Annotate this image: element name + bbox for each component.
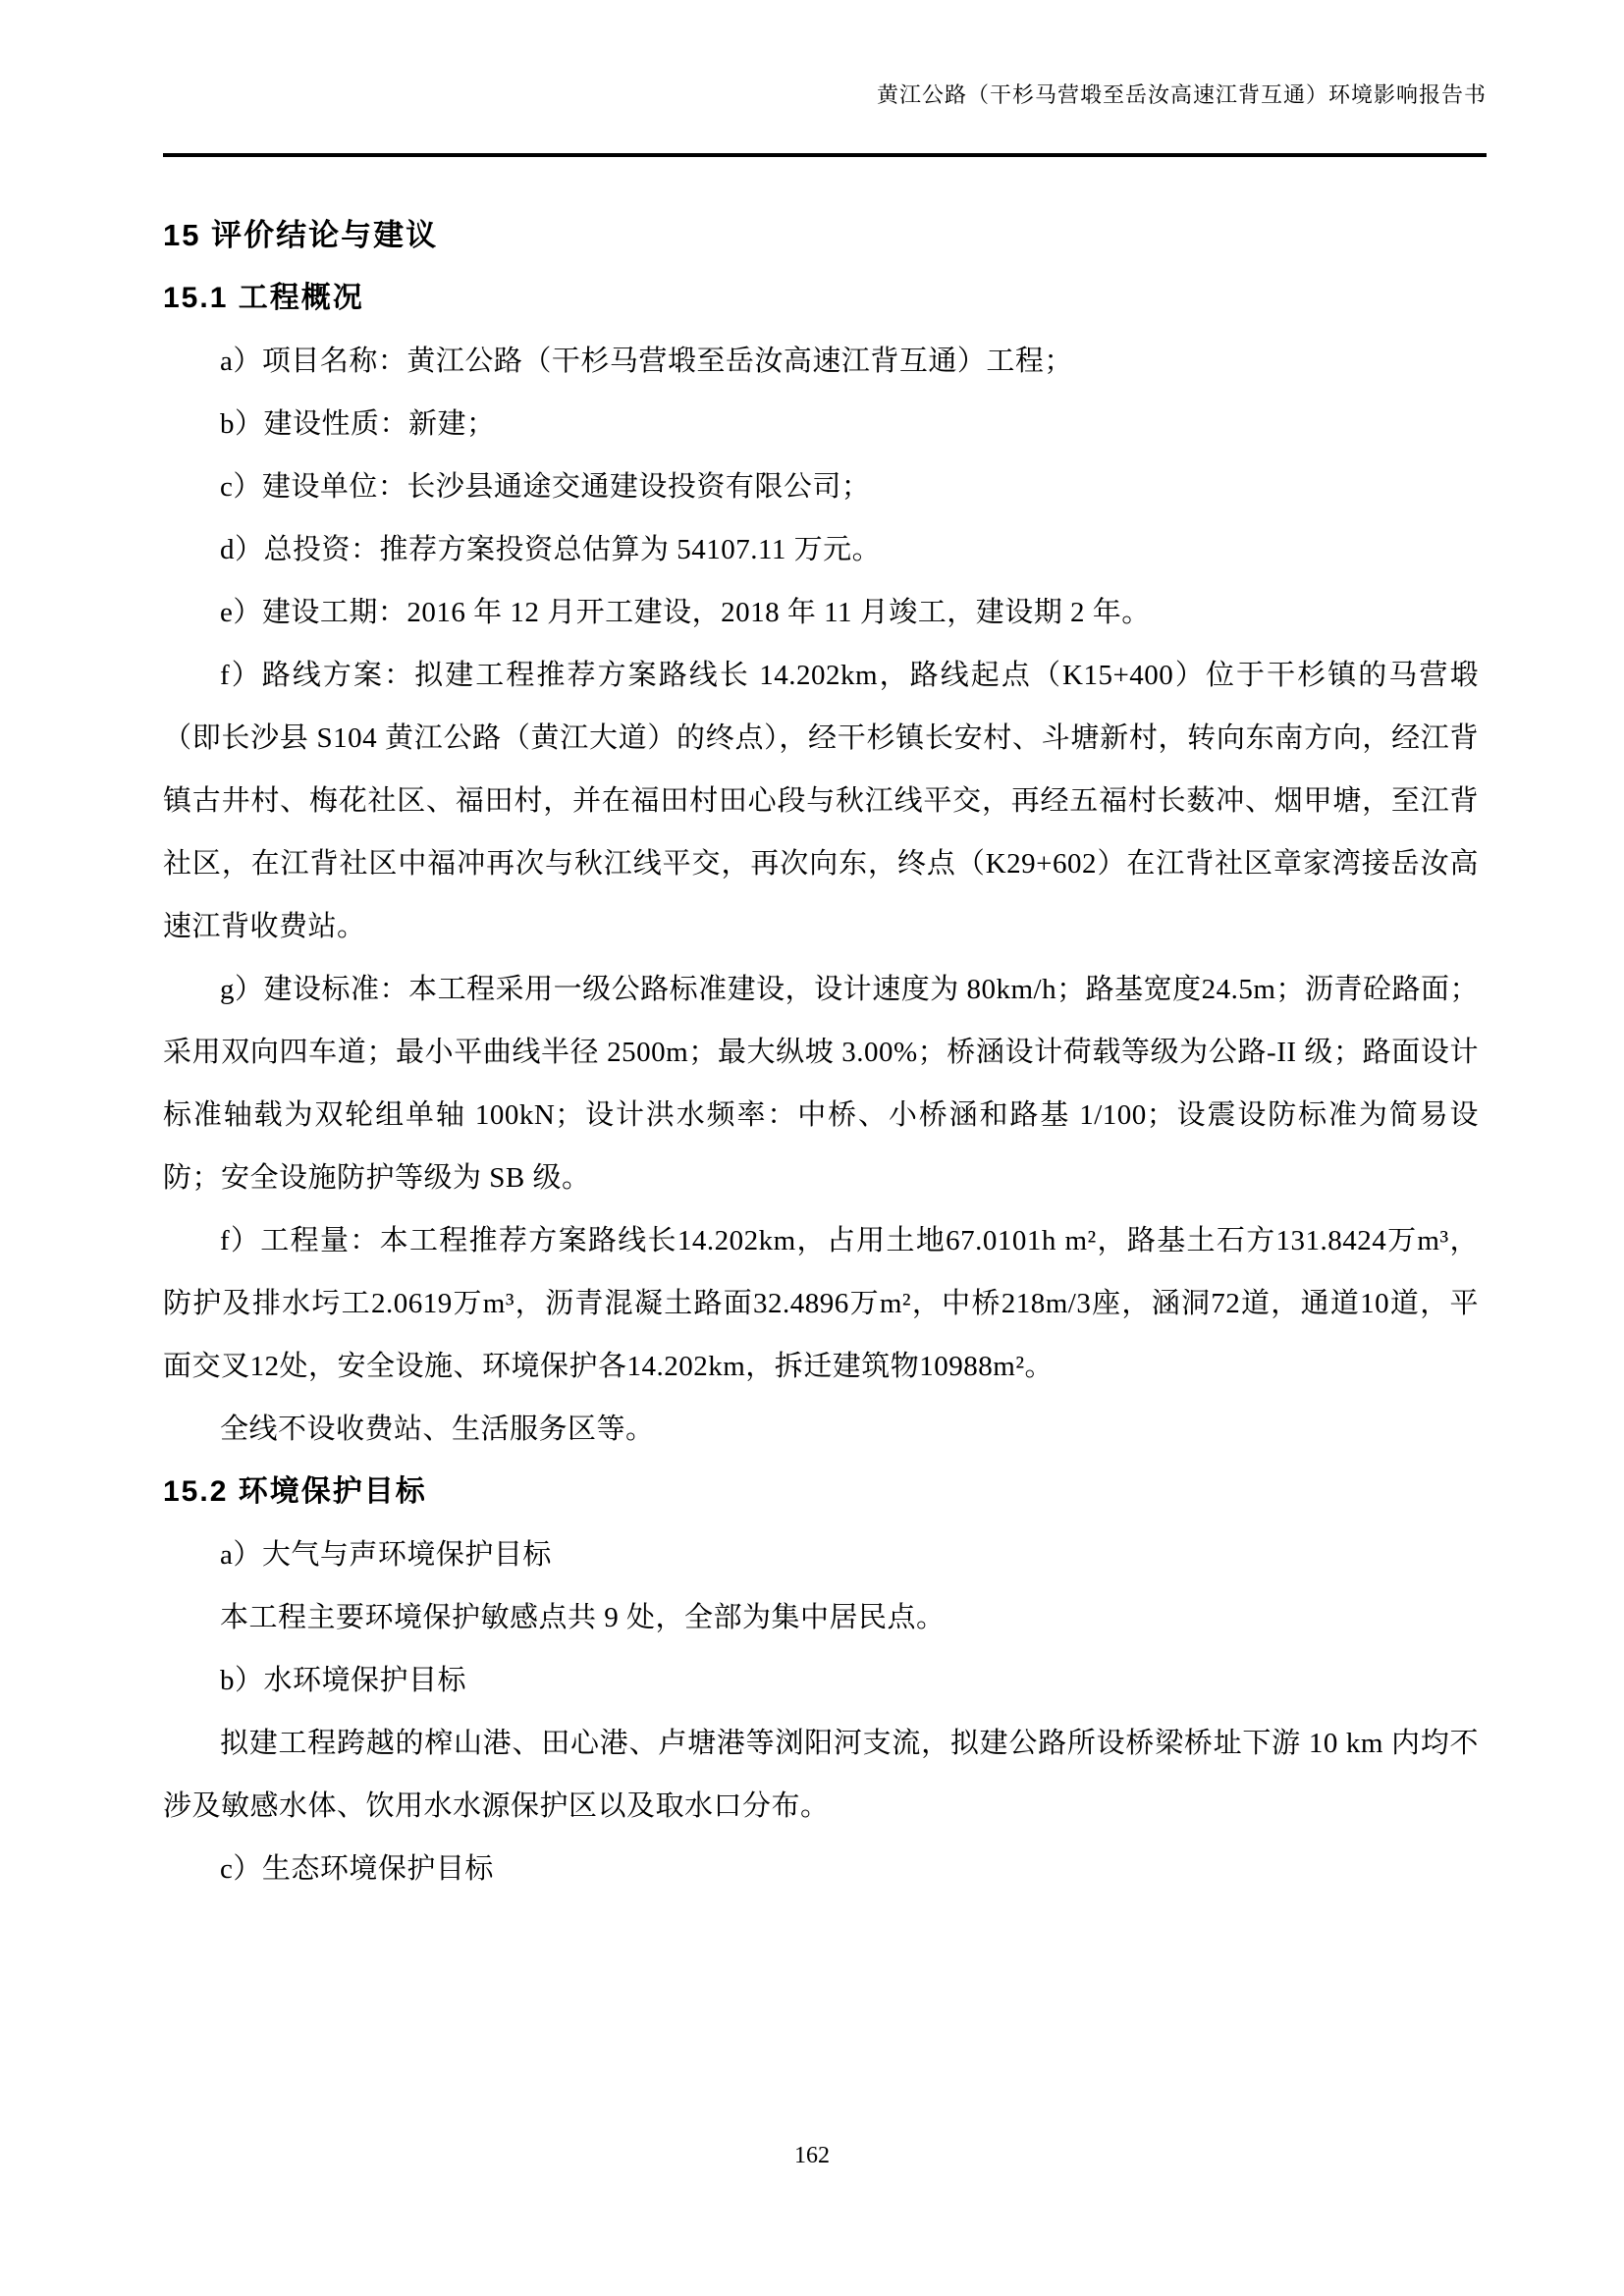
item-water-target: b）水环境保护目标 — [163, 1649, 1479, 1712]
page-footer: 162 — [0, 2142, 1624, 2169]
running-header-title: 黄江公路（干杉马营塅至岳汝高速江背互通）环境影响报告书 — [163, 82, 1487, 108]
para-no-toll-stations: 全线不设收费站、生活服务区等。 — [163, 1398, 1479, 1461]
page-header: 黄江公路（干杉马营塅至岳汝高速江背互通）环境影响报告书 — [0, 0, 1624, 157]
item-construction-unit: c）建设单位：长沙县通途交通建设投资有限公司； — [163, 455, 1479, 518]
chapter-heading-conclusions: 15 评价结论与建议 — [163, 204, 1479, 267]
para-engineering-quantity: f）工程量：本工程推荐方案路线长14.202km，占用土地67.0101h m²… — [163, 1209, 1479, 1398]
para-construction-standard: g）建设标准：本工程采用一级公路标准建设，设计速度为 80km/h；路基宽度24… — [163, 958, 1479, 1209]
subsection-heading-environmental-protection-targets: 15.2 环境保护目标 — [163, 1461, 1479, 1523]
subsection-heading-project-overview: 15.1 工程概况 — [163, 267, 1479, 330]
para-sensitive-points: 本工程主要环境保护敏感点共 9 处，全部为集中居民点。 — [163, 1586, 1479, 1649]
document-page: 黄江公路（干杉马营塅至岳汝高速江背互通）环境影响报告书 15 评价结论与建议 1… — [0, 0, 1624, 2296]
header-rule — [163, 153, 1487, 157]
item-construction-nature: b）建设性质：新建； — [163, 393, 1479, 455]
para-water-rivers: 拟建工程跨越的榨山港、田心港、卢塘港等浏阳河支流，拟建公路所设桥梁桥址下游 10… — [163, 1712, 1479, 1838]
page-number: 162 — [0, 2142, 1624, 2169]
page-body: 15 评价结论与建议 15.1 工程概况 a）项目名称：黄江公路（干杉马营塅至岳… — [0, 204, 1624, 1900]
item-total-investment: d）总投资：推荐方案投资总估算为 54107.11 万元。 — [163, 518, 1479, 581]
item-ecological-target: c）生态环境保护目标 — [163, 1838, 1479, 1900]
item-construction-period: e）建设工期：2016 年 12 月开工建设，2018 年 11 月竣工，建设期… — [163, 581, 1479, 644]
item-air-noise-target: a）大气与声环境保护目标 — [163, 1523, 1479, 1586]
para-route-plan: f）路线方案：拟建工程推荐方案路线长 14.202km，路线起点（K15+400… — [163, 644, 1479, 958]
item-project-name: a）项目名称：黄江公路（干杉马营塅至岳汝高速江背互通）工程； — [163, 330, 1479, 393]
